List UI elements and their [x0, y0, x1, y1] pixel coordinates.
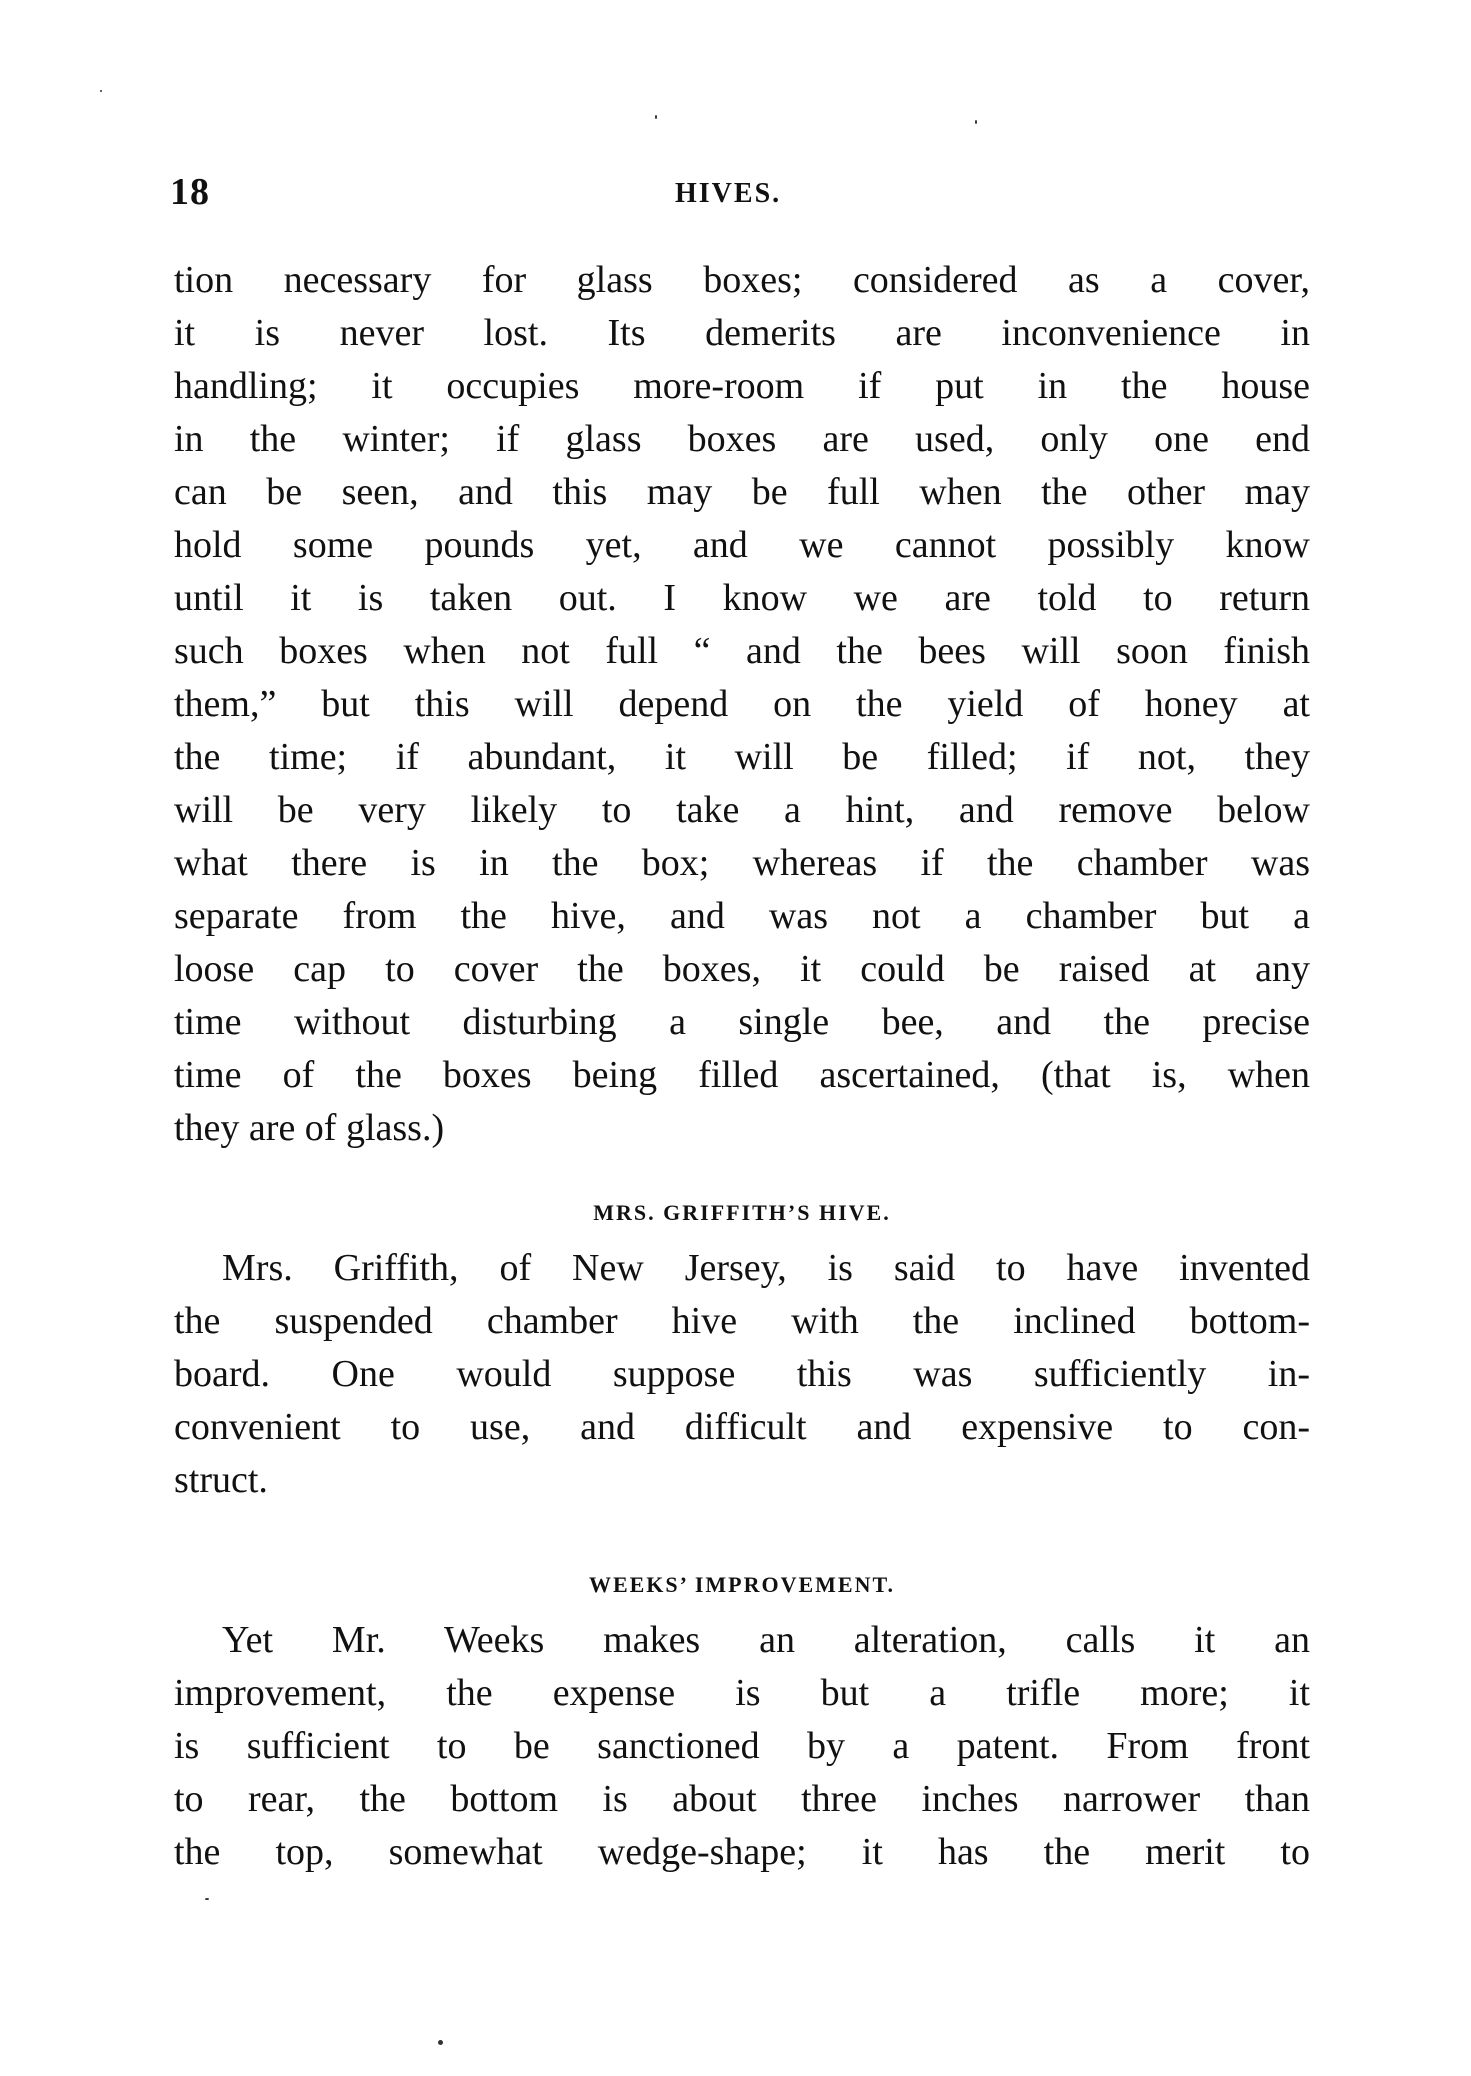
- text-line: struct.: [174, 1454, 1310, 1507]
- text-line: Mrs. Griffith, of New Jersey, is said to…: [174, 1242, 1310, 1295]
- text-line: time without disturbing a single bee, an…: [174, 996, 1310, 1049]
- paragraph-griffith: Mrs. Griffith, of New Jersey, is said to…: [174, 1242, 1310, 1507]
- text-line: what there is in the box; whereas if the…: [174, 837, 1310, 890]
- text-line: will be very likely to take a hint, and …: [174, 784, 1310, 837]
- book-page: 18 HIVES. tion necessary for glass boxes…: [0, 0, 1471, 2076]
- text-line: board. One would suppose this was suffic…: [174, 1348, 1310, 1401]
- text-line: improvement, the expense is but a trifle…: [174, 1667, 1310, 1720]
- text-line: can be seen, and this may be full when t…: [174, 466, 1310, 519]
- text-line: convenient to use, and difficult and exp…: [174, 1401, 1310, 1454]
- text-line: hold some pounds yet, and we cannot poss…: [174, 519, 1310, 572]
- paragraph-continuation: tion necessary for glass boxes; consider…: [174, 254, 1310, 1155]
- running-title: HIVES.: [675, 178, 781, 210]
- page-number: 18: [170, 172, 210, 212]
- scan-speck: [100, 90, 102, 92]
- scan-speck: [975, 120, 977, 124]
- text-line: the top, somewhat wedge-shape; it has th…: [174, 1826, 1310, 1879]
- text-line: Yet Mr. Weeks makes an alteration, calls…: [174, 1614, 1310, 1667]
- text-line: is sufficient to be sanctioned by a pate…: [174, 1720, 1310, 1773]
- text-line: tion necessary for glass boxes; consider…: [174, 254, 1310, 307]
- scan-speck: [438, 2040, 443, 2045]
- text-line: to rear, the bottom is about three inche…: [174, 1773, 1310, 1826]
- text-line: time of the boxes being filled ascertain…: [174, 1049, 1310, 1102]
- text-line: loose cap to cover the boxes, it could b…: [174, 943, 1310, 996]
- text-line: the time; if abundant, it will be filled…: [174, 731, 1310, 784]
- text-line: handling; it occupies more-room if put i…: [174, 360, 1310, 413]
- scan-speck: [205, 1898, 209, 1900]
- paragraph-weeks: Yet Mr. Weeks makes an alteration, calls…: [174, 1614, 1310, 1879]
- text-line: separate from the hive, and was not a ch…: [174, 890, 1310, 943]
- text-line: it is never lost. Its demerits are incon…: [174, 307, 1310, 360]
- section-heading-griffith: MRS. GRIFFITH’S HIVE.: [174, 1200, 1310, 1226]
- section-heading-weeks: WEEKS’ IMPROVEMENT.: [174, 1572, 1310, 1598]
- text-line: until it is taken out. I know we are tol…: [174, 572, 1310, 625]
- text-line: the suspended chamber hive with the incl…: [174, 1295, 1310, 1348]
- text-line: they are of glass.): [174, 1102, 1310, 1155]
- text-line: them,” but this will depend on the yield…: [174, 678, 1310, 731]
- scan-speck: [655, 115, 657, 119]
- text-line: such boxes when not full “ and the bees …: [174, 625, 1310, 678]
- text-line: in the winter; if glass boxes are used, …: [174, 413, 1310, 466]
- running-head: 18 HIVES.: [170, 172, 1310, 212]
